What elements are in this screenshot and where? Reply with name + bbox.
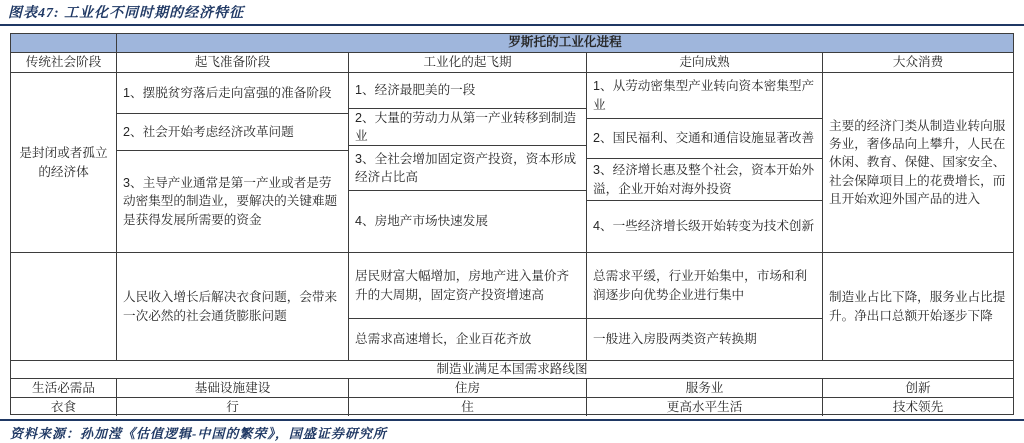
- traditional-society-cell: 是封闭或者孤立的经济体: [11, 73, 116, 252]
- takeoff-prep-inflation-cell: 人民收入增长后解决衣食问题，会带来一次必然的社会通货膨胀问题: [116, 253, 348, 360]
- title-rule: [0, 24, 1024, 26]
- col-header-traditional-society: 传统社会阶段: [11, 53, 116, 72]
- maturity-items: 1、从劳动密集型产业转向资本密集型产业 2、国民福利、交通和通信设施显著改善 3…: [586, 73, 822, 252]
- table-cell: 3、经济增长惠及整个社会，资本开始外溢，企业开始对海外投资: [587, 159, 822, 201]
- table-cell: 居民财富大幅增加，房地产进入量价齐升的大周期，固定资产投资增速高: [349, 253, 586, 319]
- roadmap-row-1: 生活必需品 基础设施建设 住房 服务业 创新: [11, 379, 1013, 398]
- col-header-takeoff-period: 工业化的起飞期: [348, 53, 586, 72]
- figure-title: 图表47: 工业化不同时期的经济特征: [8, 2, 244, 22]
- takeoff-period-items: 1、经济最肥美的一段 2、大量的劳动力从第一产业转移到制造业 3、全社会增加固定…: [348, 73, 586, 252]
- table-cell: 1、从劳动密集型产业转向资本密集型产业: [587, 73, 822, 119]
- table-cell: 4、一些经济增长级开始转变为技术创新: [587, 201, 822, 252]
- roadmap-cell: 住房: [348, 379, 586, 397]
- traditional-society-empty-cell: [11, 253, 116, 360]
- roadmap-banner-cell: 制造业满足本国需求路线图: [11, 361, 1013, 378]
- economy-features-row-1: 是封闭或者孤立的经济体 1、摆脱贫穷落后走向富强的准备阶段 2、社会开始考虑经济…: [11, 73, 1013, 253]
- roadmap-cell: 行: [116, 398, 348, 416]
- rostow-process-banner: 罗斯托的工业化进程: [116, 34, 1013, 52]
- table-cell: 2、社会开始考虑经济改革问题: [117, 114, 348, 151]
- banner-empty-cell: [11, 34, 116, 52]
- roadmap-cell: 创新: [822, 379, 1013, 397]
- table-cell: 一般进入房股两类资产转换期: [587, 319, 822, 360]
- table-cell: 总需求平缓，行业开始集中，市场和利润逐步向优势企业进行集中: [587, 253, 822, 319]
- table-cell: 1、经济最肥美的一段: [349, 73, 586, 109]
- roadmap-cell: 衣食: [11, 398, 116, 416]
- column-header-row: 传统社会阶段 起飞准备阶段 工业化的起飞期 走向成熟 大众消费: [11, 53, 1013, 73]
- industrialization-stages-table: 罗斯托的工业化进程 传统社会阶段 起飞准备阶段 工业化的起飞期 走向成熟 大众消…: [10, 33, 1014, 415]
- col-header-maturity: 走向成熟: [586, 53, 822, 72]
- maturity-items-2: 总需求平缓，行业开始集中，市场和利润逐步向优势企业进行集中 一般进入房股两类资产…: [586, 253, 822, 360]
- table-cell: 1、摆脱贫穷落后走向富强的准备阶段: [117, 73, 348, 114]
- report-figure: { "colors": { "accent_navy": "#1F3864", …: [0, 0, 1024, 443]
- source-note: 资料来源：孙加滢《估值逻辑-中国的繁荣》，国盛证券研究所: [10, 423, 387, 442]
- roadmap-cell: 生活必需品: [11, 379, 116, 397]
- mass-consumption-cell-2: 制造业占比下降，服务业占比提升。净出口总额开始逐步下降: [822, 253, 1013, 360]
- footer-rule: [0, 419, 1024, 421]
- roadmap-cell: 住: [348, 398, 586, 416]
- table-cell: 3、全社会增加固定资产投资，资本形成经济占比高: [349, 146, 586, 191]
- roadmap-cell: 更高水平生活: [586, 398, 822, 416]
- table-cell: 2、大量的劳动力从第一产业转移到制造业: [349, 109, 586, 146]
- col-header-takeoff-prep: 起飞准备阶段: [116, 53, 348, 72]
- economy-features-row-2: 人民收入增长后解决衣食问题，会带来一次必然的社会通货膨胀问题 居民财富大幅增加，…: [11, 253, 1013, 361]
- col-header-mass-consumption: 大众消费: [822, 53, 1013, 72]
- table-cell: 3、主导产业通常是第一产业或者是劳动密集型的制造业，要解决的关键难题是获得发展所…: [117, 151, 348, 252]
- roadmap-banner-row: 制造业满足本国需求路线图: [11, 361, 1013, 379]
- takeoff-prep-items: 1、摆脱贫穷落后走向富强的准备阶段 2、社会开始考虑经济改革问题 3、主导产业通…: [116, 73, 348, 252]
- table-cell: 4、房地产市场快速发展: [349, 191, 586, 252]
- takeoff-period-items-2: 居民财富大幅增加，房地产进入量价齐升的大周期，固定资产投资增速高 总需求高速增长…: [348, 253, 586, 360]
- table-banner-row: 罗斯托的工业化进程: [11, 34, 1013, 53]
- roadmap-cell: 技术领先: [822, 398, 1013, 416]
- mass-consumption-cell: 主要的经济门类从制造业转向服务业，奢侈品向上攀升，人民在休闲、教育、保健、国家安…: [822, 73, 1013, 252]
- roadmap-cell: 服务业: [586, 379, 822, 397]
- table-cell: 2、国民福利、交通和通信设施显著改善: [587, 119, 822, 159]
- table-cell: 总需求高速增长，企业百花齐放: [349, 319, 586, 360]
- roadmap-row-2: 衣食 行 住 更高水平生活 技术领先: [11, 398, 1013, 416]
- roadmap-cell: 基础设施建设: [116, 379, 348, 397]
